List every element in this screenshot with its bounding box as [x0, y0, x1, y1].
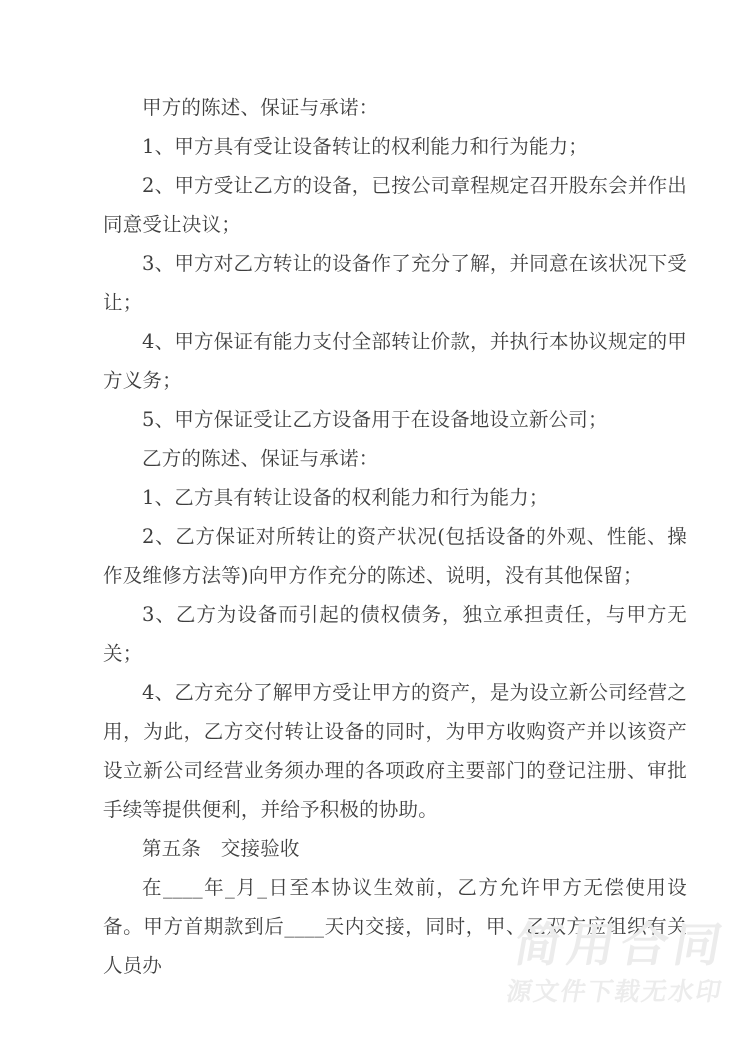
party-b-clause-2: 2、乙方保证对所转让的资产状况(包括设备的外观、性能、操作及维修方法等)向甲方作…	[103, 517, 687, 595]
contract-body: 甲方的陈述、保证与承诺： 1、甲方具有受让设备转让的权利能力和行为能力； 2、甲…	[103, 88, 687, 985]
article-5-body: 在____年_月_日至本协议生效前，乙方允许甲方无偿使用设备。甲方首期款到后__…	[103, 868, 687, 985]
party-a-clause-2: 2、甲方受让乙方的设备，已按公司章程规定召开股东会并作出同意受让决议；	[103, 166, 687, 244]
party-a-clause-1: 1、甲方具有受让设备转让的权利能力和行为能力；	[103, 127, 687, 166]
party-b-clause-1: 1、乙方具有转让设备的权利能力和行为能力；	[103, 478, 687, 517]
party-b-clause-3: 3、乙方为设备而引起的债权债务，独立承担责任，与甲方无关；	[103, 595, 687, 673]
party-a-clause-3: 3、甲方对乙方转让的设备作了充分了解，并同意在该状况下受让；	[103, 244, 687, 322]
party-b-clause-4: 4、乙方充分了解甲方受让甲方的资产，是为设立新公司经营之用，为此，乙方交付转让设…	[103, 673, 687, 829]
contract-page: 甲方的陈述、保证与承诺： 1、甲方具有受让设备转让的权利能力和行为能力； 2、甲…	[0, 0, 742, 1049]
party-a-clause-5: 5、甲方保证受让乙方设备用于在设备地设立新公司；	[103, 400, 687, 439]
party-a-representations-heading: 甲方的陈述、保证与承诺：	[103, 88, 687, 127]
party-b-representations-heading: 乙方的陈述、保证与承诺：	[103, 439, 687, 478]
party-a-clause-4: 4、甲方保证有能力支付全部转让价款，并执行本协议规定的甲方义务；	[103, 322, 687, 400]
article-5-heading: 第五条 交接验收	[103, 829, 687, 868]
